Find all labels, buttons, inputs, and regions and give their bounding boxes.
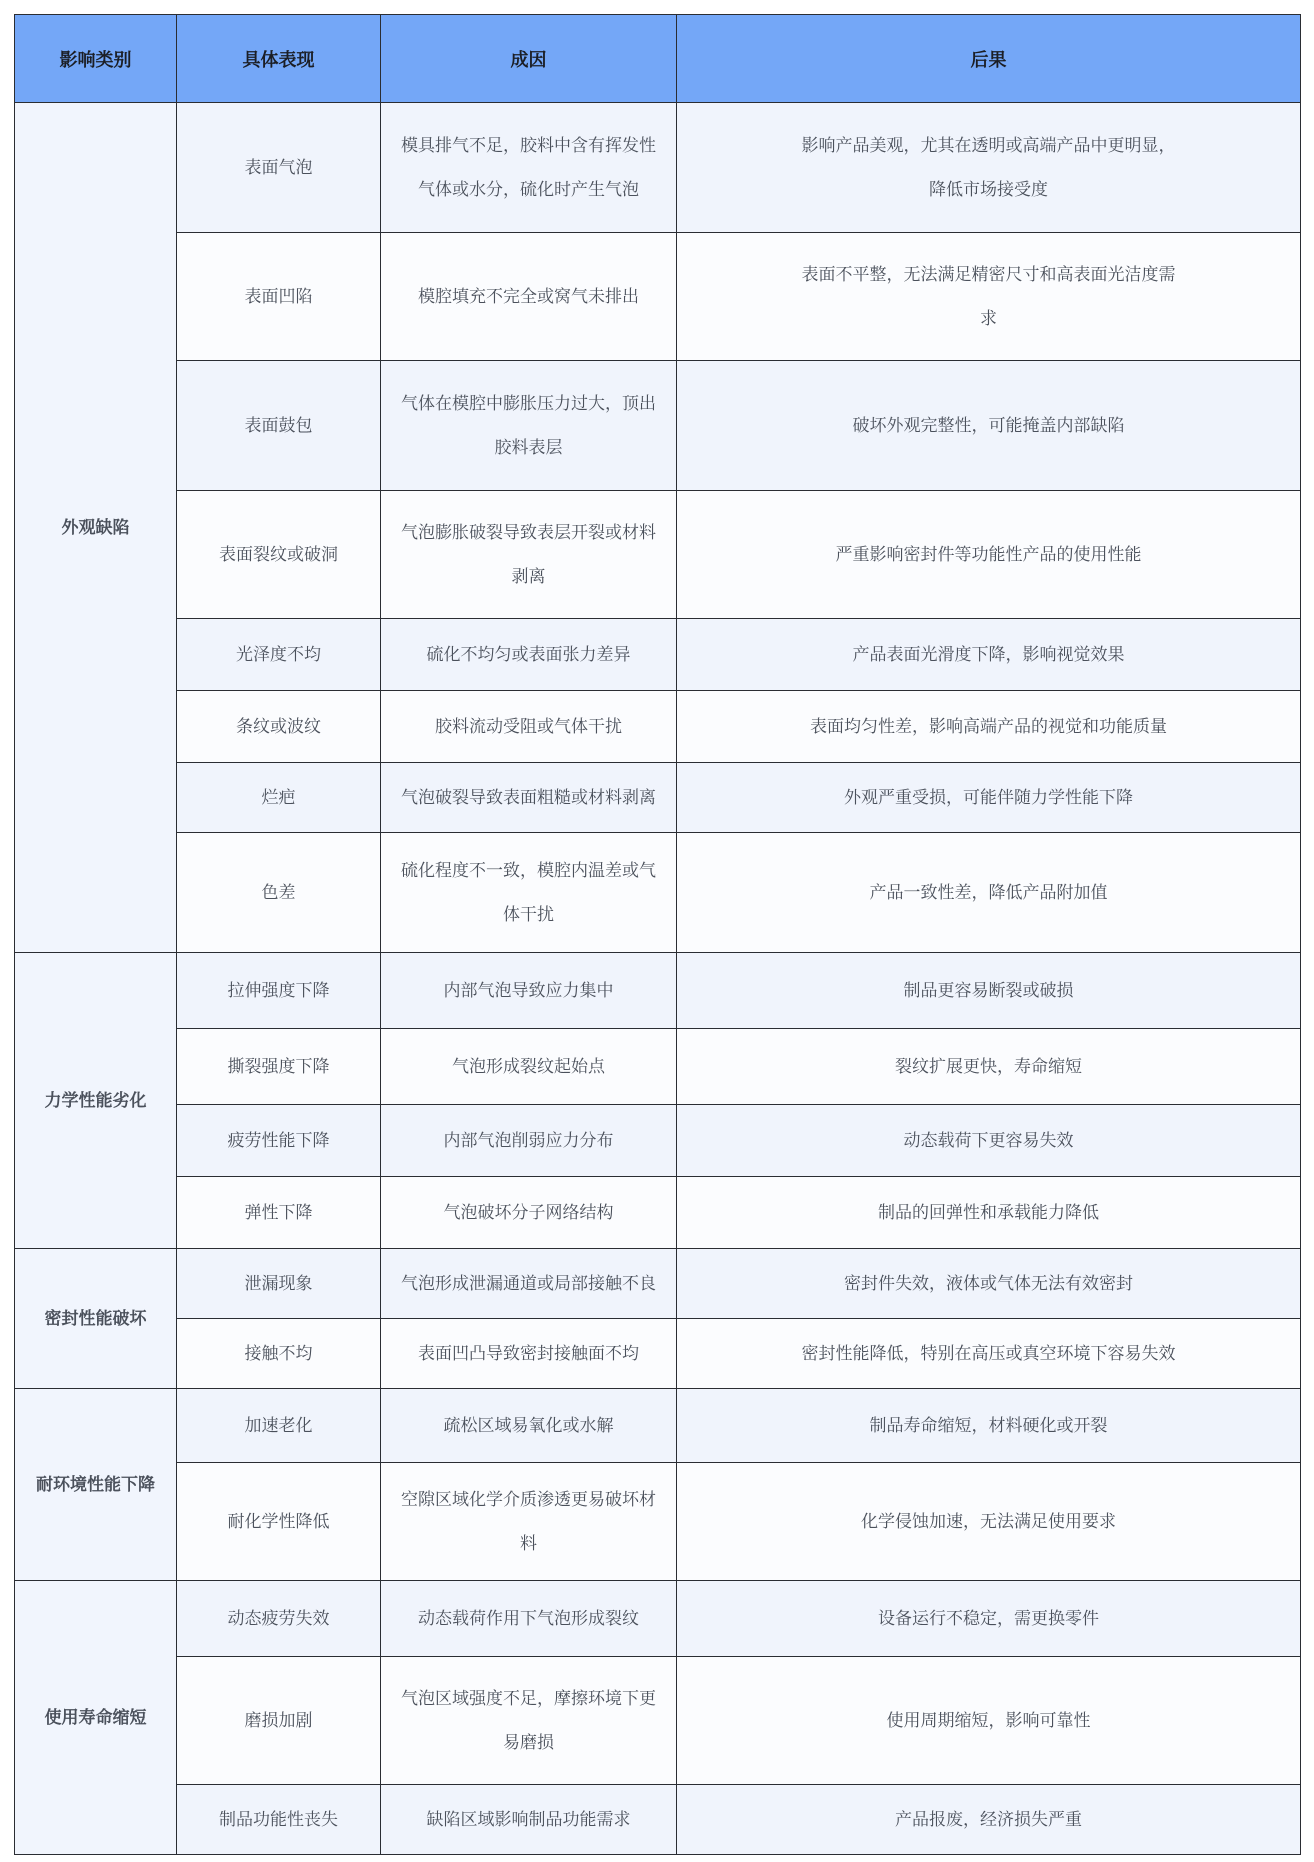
consequence-cell: 严重影响密封件等功能性产品的使用性能 — [677, 491, 1301, 619]
cause-cell: 表面凹凸导致密封接触面不均 — [381, 1319, 677, 1389]
table-row: 弹性下降气泡破坏分子网络结构制品的回弹性和承载能力降低 — [15, 1177, 1301, 1249]
manifestation-cell: 接触不均 — [177, 1319, 381, 1389]
consequence-cell: 密封件失效，液体或气体无法有效密封 — [677, 1249, 1301, 1319]
table-row: 密封性能破坏泄漏现象气泡形成泄漏通道或局部接触不良密封件失效，液体或气体无法有效… — [15, 1249, 1301, 1319]
table-row: 疲劳性能下降内部气泡削弱应力分布动态载荷下更容易失效 — [15, 1105, 1301, 1177]
cause-cell: 气泡形成泄漏通道或局部接触不良 — [381, 1249, 677, 1319]
manifestation-cell: 色差 — [177, 833, 381, 953]
consequence-cell: 裂纹扩展更快，寿命缩短 — [677, 1029, 1301, 1105]
table-row: 撕裂强度下降气泡形成裂纹起始点裂纹扩展更快，寿命缩短 — [15, 1029, 1301, 1105]
column-header-category: 影响类别 — [15, 15, 177, 103]
manifestation-cell: 表面气泡 — [177, 103, 381, 233]
manifestation-cell: 拉伸强度下降 — [177, 953, 381, 1029]
manifestation-cell: 加速老化 — [177, 1389, 381, 1463]
manifestation-cell: 制品功能性丧失 — [177, 1785, 381, 1855]
consequence-cell: 化学侵蚀加速，无法满足使用要求 — [677, 1463, 1301, 1581]
cause-cell: 气泡区域强度不足，摩擦环境下更 易磨损 — [381, 1657, 677, 1785]
consequence-cell: 制品寿命缩短，材料硬化或开裂 — [677, 1389, 1301, 1463]
cause-cell: 胶料流动受阻或气体干扰 — [381, 691, 677, 763]
cause-cell: 硫化不均匀或表面张力差异 — [381, 619, 677, 691]
table-row: 使用寿命缩短动态疲劳失效动态载荷作用下气泡形成裂纹设备运行不稳定，需更换零件 — [15, 1581, 1301, 1657]
cause-cell: 疏松区域易氧化或水解 — [381, 1389, 677, 1463]
manifestation-cell: 表面鼓包 — [177, 361, 381, 491]
category-cell: 耐环境性能下降 — [15, 1389, 177, 1581]
category-cell: 密封性能破坏 — [15, 1249, 177, 1389]
manifestation-cell: 弹性下降 — [177, 1177, 381, 1249]
consequence-cell: 影响产品美观，尤其在透明或高端产品中更明显， 降低市场接受度 — [677, 103, 1301, 233]
cause-cell: 气泡破裂导致表面粗糙或材料剥离 — [381, 763, 677, 833]
consequence-cell: 动态载荷下更容易失效 — [677, 1105, 1301, 1177]
manifestation-cell: 耐化学性降低 — [177, 1463, 381, 1581]
table-row: 色差硫化程度不一致，模腔内温差或气 体干扰产品一致性差，降低产品附加值 — [15, 833, 1301, 953]
manifestation-cell: 条纹或波纹 — [177, 691, 381, 763]
table-row: 外观缺陷表面气泡模具排气不足，胶料中含有挥发性 气体或水分，硫化时产生气泡影响产… — [15, 103, 1301, 233]
column-header-consequence: 后果 — [677, 15, 1301, 103]
manifestation-cell: 表面裂纹或破洞 — [177, 491, 381, 619]
cause-cell: 动态载荷作用下气泡形成裂纹 — [381, 1581, 677, 1657]
page: 影响类别 具体表现 成因 后果 外观缺陷表面气泡模具排气不足，胶料中含有挥发性 … — [0, 0, 1314, 1862]
manifestation-cell: 表面凹陷 — [177, 233, 381, 361]
table-row: 表面裂纹或破洞气泡膨胀破裂导致表层开裂或材料 剥离严重影响密封件等功能性产品的使… — [15, 491, 1301, 619]
manifestation-cell: 烂疤 — [177, 763, 381, 833]
header-row: 影响类别 具体表现 成因 后果 — [15, 15, 1301, 103]
table-row: 制品功能性丧失缺陷区域影响制品功能需求产品报废，经济损失严重 — [15, 1785, 1301, 1855]
table-row: 耐化学性降低空隙区域化学介质渗透更易破坏材 料化学侵蚀加速，无法满足使用要求 — [15, 1463, 1301, 1581]
table-row: 烂疤气泡破裂导致表面粗糙或材料剥离外观严重受损，可能伴随力学性能下降 — [15, 763, 1301, 833]
cause-cell: 气泡形成裂纹起始点 — [381, 1029, 677, 1105]
table-row: 光泽度不均硫化不均匀或表面张力差异产品表面光滑度下降，影响视觉效果 — [15, 619, 1301, 691]
consequence-cell: 外观严重受损，可能伴随力学性能下降 — [677, 763, 1301, 833]
column-header-manifestation: 具体表现 — [177, 15, 381, 103]
consequence-cell: 设备运行不稳定，需更换零件 — [677, 1581, 1301, 1657]
table-row: 接触不均表面凹凸导致密封接触面不均密封性能降低，特别在高压或真空环境下容易失效 — [15, 1319, 1301, 1389]
table-row: 表面凹陷模腔填充不完全或窝气未排出表面不平整，无法满足精密尺寸和高表面光洁度需 … — [15, 233, 1301, 361]
cause-cell: 空隙区域化学介质渗透更易破坏材 料 — [381, 1463, 677, 1581]
cause-cell: 气泡破坏分子网络结构 — [381, 1177, 677, 1249]
cause-cell: 模具排气不足，胶料中含有挥发性 气体或水分，硫化时产生气泡 — [381, 103, 677, 233]
table-body: 外观缺陷表面气泡模具排气不足，胶料中含有挥发性 气体或水分，硫化时产生气泡影响产… — [15, 103, 1301, 1855]
consequence-cell: 产品表面光滑度下降，影响视觉效果 — [677, 619, 1301, 691]
manifestation-cell: 泄漏现象 — [177, 1249, 381, 1319]
consequence-cell: 表面不平整，无法满足精密尺寸和高表面光洁度需 求 — [677, 233, 1301, 361]
manifestation-cell: 光泽度不均 — [177, 619, 381, 691]
consequence-cell: 破坏外观完整性，可能掩盖内部缺陷 — [677, 361, 1301, 491]
table-row: 磨损加剧气泡区域强度不足，摩擦环境下更 易磨损使用周期缩短，影响可靠性 — [15, 1657, 1301, 1785]
consequence-cell: 产品一致性差，降低产品附加值 — [677, 833, 1301, 953]
cause-cell: 硫化程度不一致，模腔内温差或气 体干扰 — [381, 833, 677, 953]
consequence-cell: 表面均匀性差，影响高端产品的视觉和功能质量 — [677, 691, 1301, 763]
consequence-cell: 制品的回弹性和承载能力降低 — [677, 1177, 1301, 1249]
cause-cell: 气体在模腔中膨胀压力过大，顶出 胶料表层 — [381, 361, 677, 491]
table-row: 耐环境性能下降加速老化疏松区域易氧化或水解制品寿命缩短，材料硬化或开裂 — [15, 1389, 1301, 1463]
category-cell: 外观缺陷 — [15, 103, 177, 953]
category-cell: 使用寿命缩短 — [15, 1581, 177, 1855]
cause-cell: 缺陷区域影响制品功能需求 — [381, 1785, 677, 1855]
consequence-cell: 密封性能降低，特别在高压或真空环境下容易失效 — [677, 1319, 1301, 1389]
consequence-cell: 使用周期缩短，影响可靠性 — [677, 1657, 1301, 1785]
table-header: 影响类别 具体表现 成因 后果 — [15, 15, 1301, 103]
manifestation-cell: 撕裂强度下降 — [177, 1029, 381, 1105]
consequence-cell: 产品报废，经济损失严重 — [677, 1785, 1301, 1855]
category-cell: 力学性能劣化 — [15, 953, 177, 1249]
table-row: 力学性能劣化拉伸强度下降内部气泡导致应力集中制品更容易断裂或破损 — [15, 953, 1301, 1029]
table-row: 条纹或波纹胶料流动受阻或气体干扰表面均匀性差，影响高端产品的视觉和功能质量 — [15, 691, 1301, 763]
impact-table: 影响类别 具体表现 成因 后果 外观缺陷表面气泡模具排气不足，胶料中含有挥发性 … — [14, 14, 1301, 1855]
manifestation-cell: 磨损加剧 — [177, 1657, 381, 1785]
table-row: 表面鼓包气体在模腔中膨胀压力过大，顶出 胶料表层破坏外观完整性，可能掩盖内部缺陷 — [15, 361, 1301, 491]
manifestation-cell: 疲劳性能下降 — [177, 1105, 381, 1177]
manifestation-cell: 动态疲劳失效 — [177, 1581, 381, 1657]
consequence-cell: 制品更容易断裂或破损 — [677, 953, 1301, 1029]
column-header-cause: 成因 — [381, 15, 677, 103]
cause-cell: 气泡膨胀破裂导致表层开裂或材料 剥离 — [381, 491, 677, 619]
cause-cell: 内部气泡导致应力集中 — [381, 953, 677, 1029]
cause-cell: 模腔填充不完全或窝气未排出 — [381, 233, 677, 361]
cause-cell: 内部气泡削弱应力分布 — [381, 1105, 677, 1177]
